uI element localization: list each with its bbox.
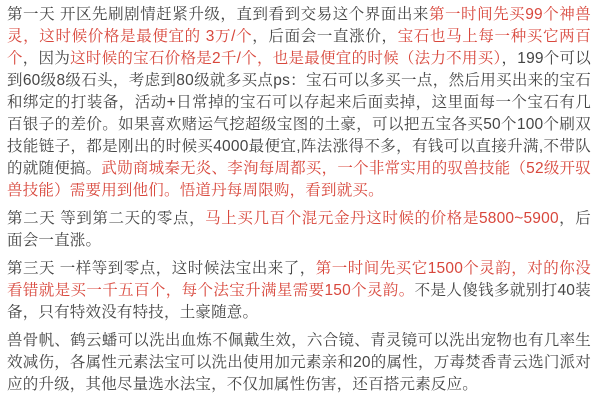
paragraph-fabao-tips: 兽骨帆、鹤云蟠可以洗出血炼不佩戴生效，六合镜、青灵镜可以洗出宠物也有几率生效减伤… (7, 330, 591, 396)
text-segment: 第三天 一样等到零点，这时候法宝出来了， (7, 260, 316, 277)
text-segment: 兽骨帆、鹤云蟠可以洗出血炼不佩戴生效，六合镜、青灵镜可以洗出宠物也有几率生效减伤… (7, 332, 591, 393)
text-segment: 第二天 等到第二天的零点， (7, 210, 205, 227)
article-body: 第一天 开区先刷剧情赶紧升级，直到看到交易这个界面出来第一时间先买99个神兽灵，… (0, 0, 599, 396)
highlighted-text-segment: 这时候的宝石价格是2千/个，也是最便宜的时候（法力不用买） (70, 50, 501, 67)
paragraph-day3: 第三天 一样等到零点，这时候法宝出来了，第一时间先买它1500个灵韵，对的你没看… (7, 258, 591, 324)
paragraph-day1: 第一天 开区先刷剧情赶紧升级，直到看到交易这个界面出来第一时间先买99个神兽灵，… (7, 4, 591, 202)
text-segment: ，因为 (23, 50, 70, 67)
highlighted-text-segment: 马上买几百个混元金丹这时候的价格是5800~5900 (205, 210, 559, 227)
text-segment: ，后面会一直涨价， (252, 28, 397, 45)
paragraph-day2: 第二天 等到第二天的零点，马上买几百个混元金丹这时候的价格是5800~5900，… (7, 208, 591, 252)
text-segment: 第一天 开区先刷剧情赶紧升级，直到看到交易这个界面出来 (7, 6, 429, 23)
text-segment: ，199个可以到60级8级石头，考虑到80级就多买点ps：宝石可以多买一点，然后… (7, 50, 591, 177)
